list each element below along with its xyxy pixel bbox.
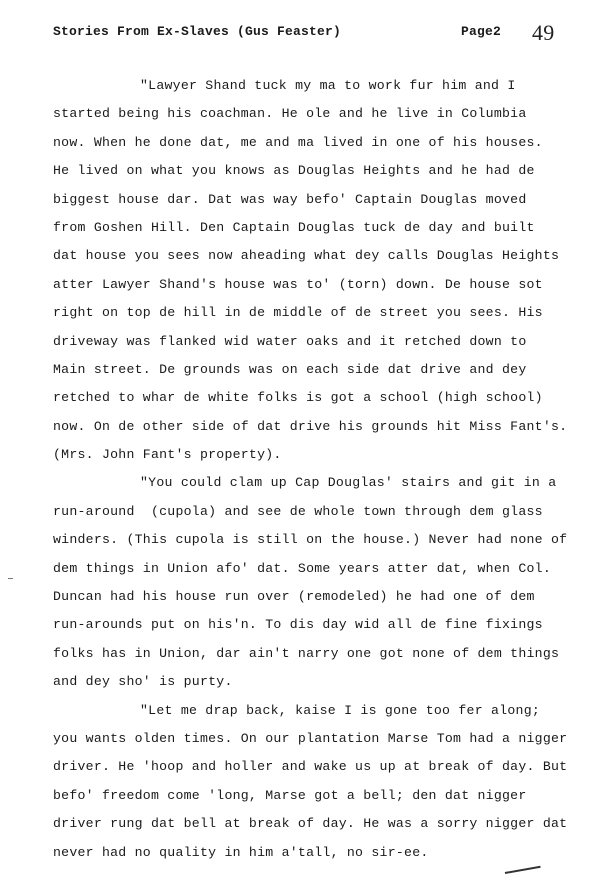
page-label: Page2 [461, 24, 501, 39]
text-line: run-arounds put on his'n. To dis day wid… [53, 611, 593, 639]
page-number: 49 [532, 20, 554, 46]
text-line: run-around (cupola) and see de whole tow… [53, 498, 593, 526]
text-line: started being his coachman. He ole and h… [53, 100, 593, 128]
pen-mark [505, 866, 541, 874]
text-line: dem things in Union afo' dat. Some years… [53, 555, 593, 583]
text-line: folks has in Union, dar ain't narry one … [53, 640, 593, 668]
page-header: Stories From Ex-Slaves (Gus Feaster) Pag… [53, 20, 593, 44]
text-line: driver rung dat bell at break of day. He… [53, 810, 593, 838]
paragraph-start-line: "You could clam up Cap Douglas' stairs a… [53, 469, 593, 497]
text-line: right on top de hill in de middle of de … [53, 299, 593, 327]
text-line: biggest house dar. Dat was way befo' Cap… [53, 186, 593, 214]
text-line: now. When he done dat, me and ma lived i… [53, 129, 593, 157]
text-line: winders. (This cupola is still on the ho… [53, 526, 593, 554]
text-line: Duncan had his house run over (remodeled… [53, 583, 593, 611]
text-line: now. On de other side of dat drive his g… [53, 413, 593, 441]
text-line: and dey sho' is purty. [53, 668, 593, 696]
document-title: Stories From Ex-Slaves (Gus Feaster) [53, 24, 341, 39]
body-text: "Lawyer Shand tuck my ma to work fur him… [53, 72, 593, 867]
text-line: dat house you sees now aheading what dey… [53, 242, 593, 270]
text-line: you wants olden times. On our plantation… [53, 725, 593, 753]
text-line: from Goshen Hill. Den Captain Douglas tu… [53, 214, 593, 242]
text-line: driver. He 'hoop and holler and wake us … [53, 753, 593, 781]
margin-mark [8, 578, 13, 579]
text-line: Main street. De grounds was on each side… [53, 356, 593, 384]
text-line: atter Lawyer Shand's house was to' (torn… [53, 271, 593, 299]
text-line: (Mrs. John Fant's property). [53, 441, 593, 469]
text-line: retched to whar de white folks is got a … [53, 384, 593, 412]
paragraph-start-line: "Let me drap back, kaise I is gone too f… [53, 697, 593, 725]
text-line: never had no quality in him a'tall, no s… [53, 839, 593, 867]
text-line: He lived on what you knows as Douglas He… [53, 157, 593, 185]
text-line: befo' freedom come 'long, Marse got a be… [53, 782, 593, 810]
text-line: driveway was flanked wid water oaks and … [53, 328, 593, 356]
document-page: Stories From Ex-Slaves (Gus Feaster) Pag… [0, 0, 600, 889]
paragraph-start-line: "Lawyer Shand tuck my ma to work fur him… [53, 72, 593, 100]
